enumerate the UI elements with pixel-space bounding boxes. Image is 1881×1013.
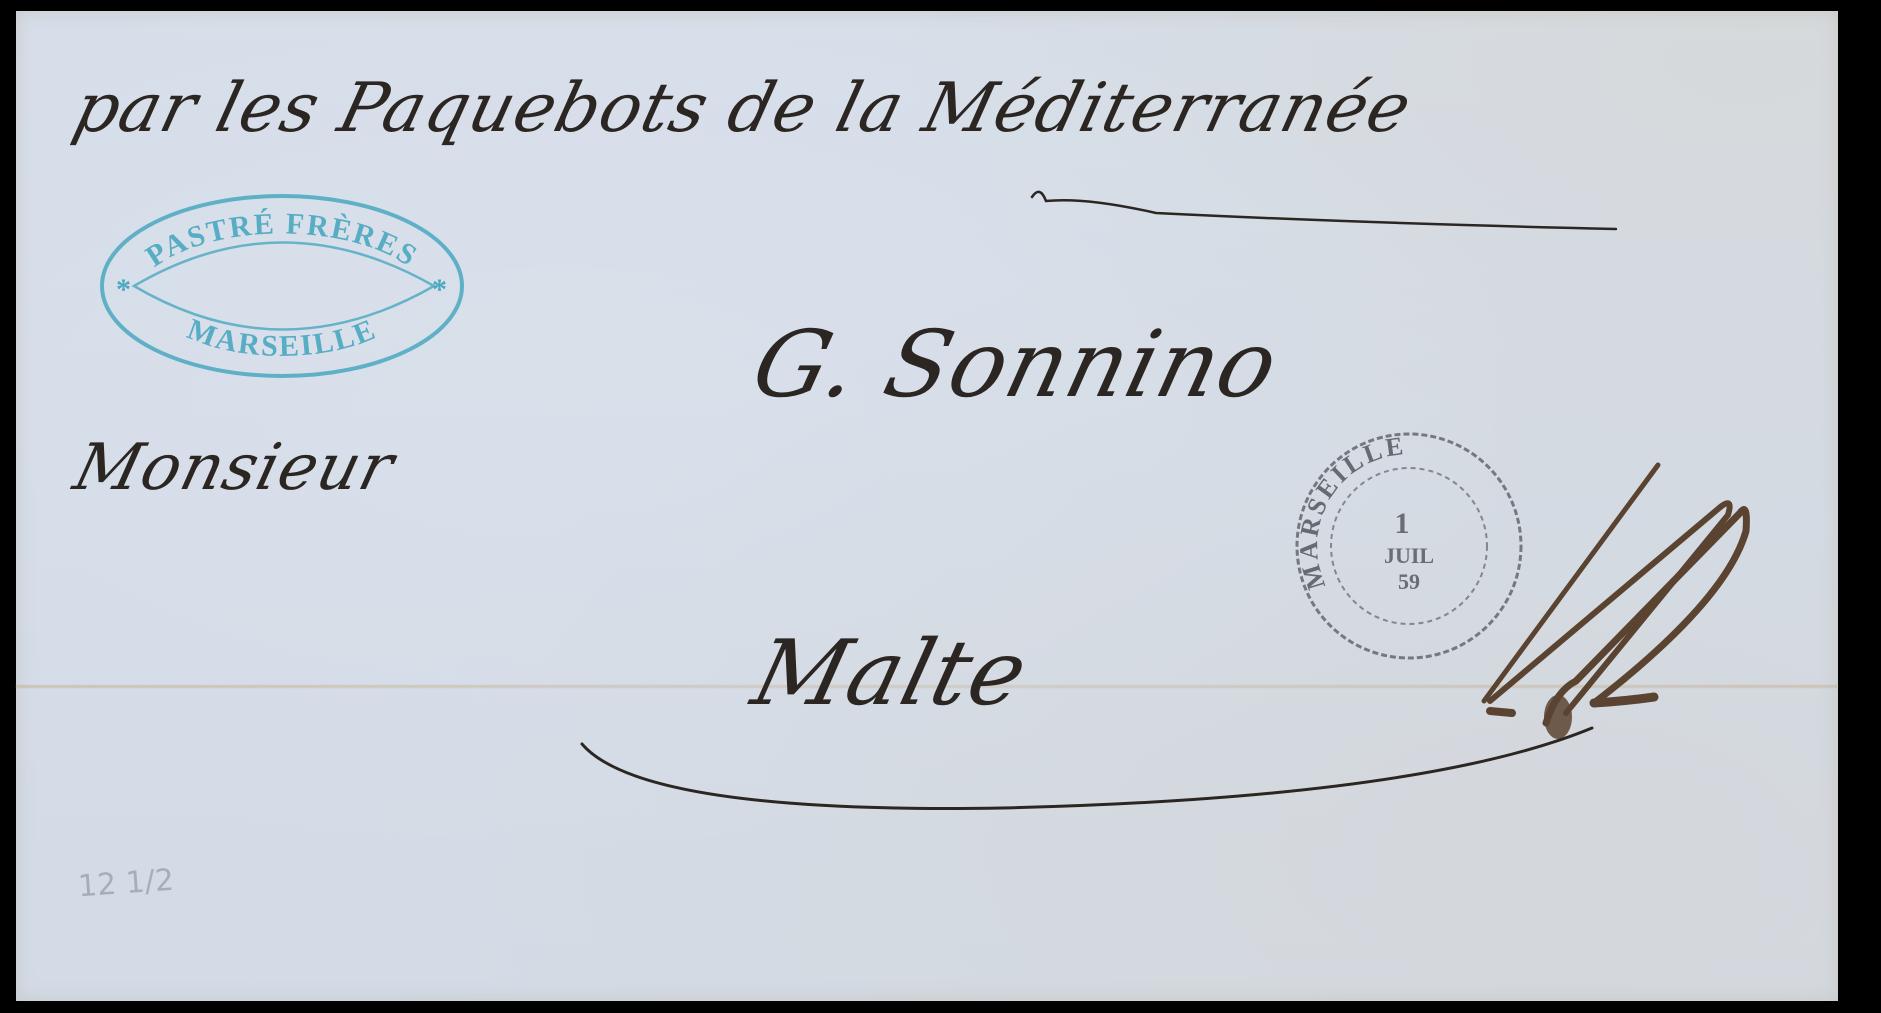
sender-cachet: PASTRÉ FRÈRES MARSEILLE * * bbox=[96, 189, 468, 383]
tax-marking bbox=[1476, 451, 1796, 751]
svg-text:MARSEILLE: MARSEILLE bbox=[183, 312, 381, 363]
postal-cover: par les Paquebots de la Méditerranée PAS… bbox=[16, 11, 1838, 1001]
destination: Malte bbox=[743, 621, 1038, 726]
postmark-year: 59 bbox=[1398, 569, 1420, 594]
postmark-month: JUIL bbox=[1384, 543, 1434, 568]
salutation: Monsieur bbox=[67, 431, 402, 505]
svg-text:MARSEILLE: MARSEILLE bbox=[1294, 431, 1408, 593]
addressee-name: G. Sonnino bbox=[743, 311, 1289, 418]
postmark-town: MARSEILLE bbox=[1294, 431, 1408, 593]
cachet-ornament-left: * bbox=[116, 273, 133, 306]
cachet-bottom-line: MARSEILLE bbox=[183, 312, 381, 363]
postmark-day: 1 bbox=[1395, 507, 1410, 540]
cachet-ornament-right: * bbox=[432, 273, 449, 306]
pencil-note: 12 1/2 bbox=[77, 863, 175, 905]
